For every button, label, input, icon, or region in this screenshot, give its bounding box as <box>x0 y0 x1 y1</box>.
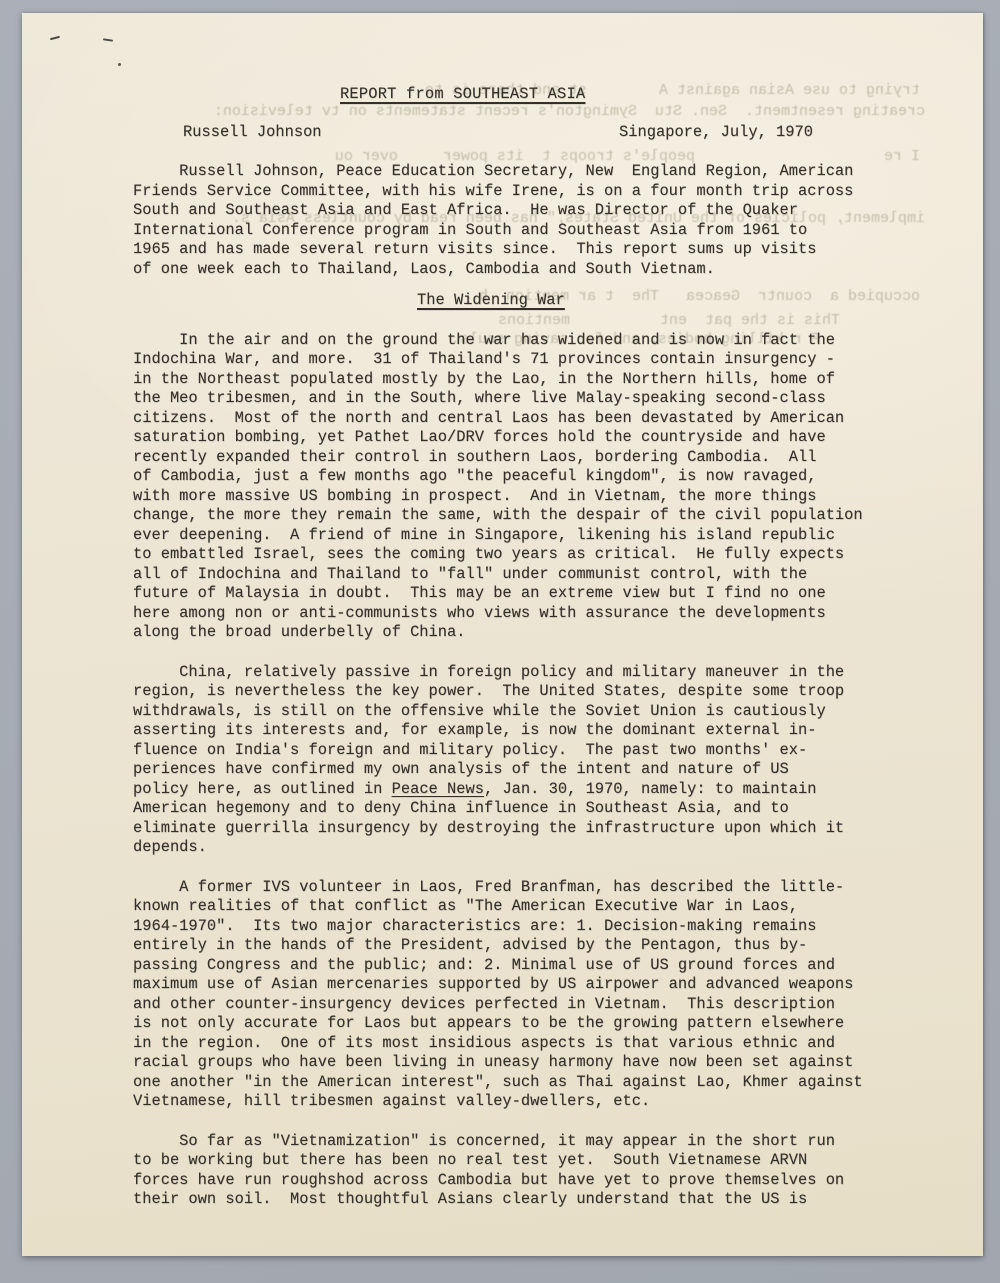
paragraph-vietnamization: So far as "Vietnamization" is concerned,… <box>133 1132 868 1210</box>
document-title: REPORT from SOUTHEAST ASIA <box>340 85 585 105</box>
dateline: Singapore, July, 1970 <box>619 123 813 143</box>
typed-content: REPORT from SOUTHEAST ASIA Russell Johns… <box>22 13 983 1210</box>
document-page: trying to use Asian against A st and the… <box>22 13 983 1256</box>
section-heading-row: The Widening War <box>133 279 868 311</box>
paragraph-china-key-power: China, relatively passive in foreign pol… <box>133 663 868 858</box>
intro-paragraph: Russell Johnson, Peace Education Secreta… <box>133 162 868 279</box>
section-heading: The Widening War <box>417 291 565 311</box>
byline-row: Russell Johnson Singapore, July, 1970 <box>133 123 868 143</box>
scan-background: trying to use Asian against A st and the… <box>0 0 1000 1283</box>
title-row: REPORT from SOUTHEAST ASIA <box>133 85 868 105</box>
author-name: Russell Johnson <box>183 123 322 143</box>
paragraph-ivs-branfman: A former IVS volunteer in Laos, Fred Bra… <box>133 878 868 1112</box>
paragraph-widening-war: In the air and on the ground the war has… <box>133 331 868 643</box>
